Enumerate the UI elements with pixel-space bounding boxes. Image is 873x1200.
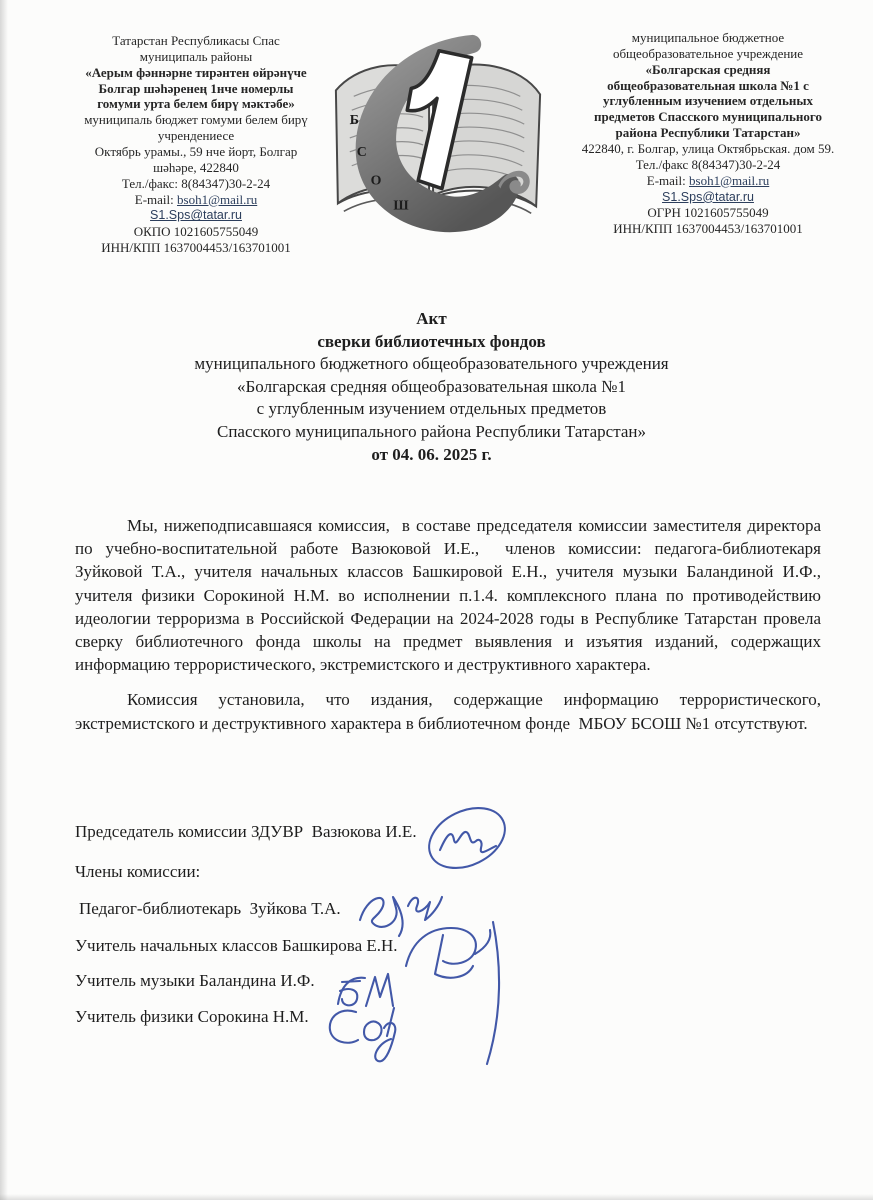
body-paragraph: Мы, нижеподписавшаяся комиссия, в состав… bbox=[75, 514, 821, 676]
email-line: S1.Sps@tatar.ru bbox=[52, 207, 340, 223]
letterhead-line: муниципальное бюджетное bbox=[552, 30, 864, 46]
logo-letter-o: О bbox=[371, 174, 382, 189]
letterhead-line: района Республики Татарстан» bbox=[552, 125, 864, 141]
letterhead-line: общеобразовательное учреждение bbox=[552, 46, 864, 62]
document-title: Акт сверки библиотечных фондов муниципал… bbox=[0, 308, 863, 466]
title-line: Спасского муниципального района Республи… bbox=[0, 421, 863, 444]
title-line: «Болгарская средняя общеобразовательная … bbox=[0, 376, 863, 399]
logo-letter-b: Б bbox=[350, 113, 359, 128]
letterhead-line: общеобразовательная школа №1 с bbox=[552, 78, 864, 94]
document-body: Мы, нижеподписавшаяся комиссия, в состав… bbox=[75, 514, 821, 735]
email-line: E-mail: bsoh1@mail.ru bbox=[552, 173, 864, 189]
email-address: bsoh1@mail.ru bbox=[689, 173, 769, 188]
title-line: Акт bbox=[0, 308, 863, 331]
letterhead-line: «Болгарская средняя bbox=[552, 62, 864, 78]
letterhead-line: ИНН/КПП 1637004453/163701001 bbox=[552, 221, 864, 237]
letterhead-line: гомуми урта белем бирү мәктәбе» bbox=[52, 96, 340, 112]
title-line: с углубленным изучением отдельных предме… bbox=[0, 398, 863, 421]
letterhead-line: Тел./факс 8(84347)30-2-24 bbox=[552, 157, 864, 173]
members-label: Члены комиссии: bbox=[75, 862, 200, 882]
email-line: S1.Sps@tatar.ru bbox=[552, 189, 864, 205]
member-signature-line: Педагог-библиотекарь Зуйкова Т.А. bbox=[79, 899, 341, 919]
letterhead-line: 422840, г. Болгар, улица Октябрьская. до… bbox=[552, 141, 864, 157]
letterhead-left: Татарстан Республикасы Спас муниципаль р… bbox=[52, 33, 340, 255]
logo-letter-sh: Ш bbox=[393, 198, 408, 213]
email-label: E-mail: bbox=[135, 192, 174, 207]
letterhead-line: муниципаль бюджет гомуми белем бирү bbox=[52, 112, 340, 128]
letterhead-line: ОГРН 1021605755049 bbox=[552, 205, 864, 221]
letterhead-line: Татарстан Республикасы Спас bbox=[52, 33, 340, 49]
letterhead-line: ИНН/КПП 1637004453/163701001 bbox=[52, 240, 340, 256]
signature-sorokina bbox=[320, 998, 408, 1068]
signature-bashkirova bbox=[398, 914, 518, 1066]
logo-book-and-numeral-graphic: Б С О Ш bbox=[324, 26, 552, 246]
title-date-line: от 04. 06. 2025 г. bbox=[0, 444, 863, 467]
letterhead-line: учрендениесе bbox=[52, 128, 340, 144]
letterhead-right: муниципальное бюджетное общеобразователь… bbox=[552, 30, 864, 237]
letterhead-line: ОКПО 1021605755049 bbox=[52, 224, 340, 240]
email-address: bsoh1@mail.ru bbox=[177, 192, 257, 207]
chair-signature-line: Председатель комиссии ЗДУВР Вазюкова И.Е… bbox=[75, 822, 417, 842]
body-paragraph: Комиссия установила, что издания, содерж… bbox=[75, 688, 821, 734]
letterhead-line: шәһәре, 422840 bbox=[52, 160, 340, 176]
letterhead-line: «Аерым фәннәрне тирәнтен өйрәнүче bbox=[52, 65, 340, 81]
letterhead-line: Болгар шәһәренең 1нче номерлы bbox=[52, 81, 340, 97]
letterhead-line: Тел./факс: 8(84347)30-2-24 bbox=[52, 176, 340, 192]
logo-letter-s: С bbox=[357, 145, 367, 160]
scanned-document-page: Татарстан Республикасы Спас муниципаль р… bbox=[0, 0, 873, 1200]
title-line: муниципального бюджетного общеобразовате… bbox=[0, 353, 863, 376]
title-line: сверки библиотечных фондов bbox=[0, 331, 863, 354]
letterhead-line: предметов Спасского муниципального bbox=[552, 109, 864, 125]
email-label: E-mail: bbox=[647, 173, 686, 188]
letterhead-line: углубленным изучением отдельных bbox=[552, 93, 864, 109]
letterhead-line: Октябрь урамы., 59 нче йорт, Болгар bbox=[52, 144, 340, 160]
letterhead-line: муниципаль районы bbox=[52, 49, 340, 65]
school-logo: Б С О Ш bbox=[324, 26, 552, 246]
email-address: S1.Sps@tatar.ru bbox=[150, 208, 242, 222]
email-address: S1.Sps@tatar.ru bbox=[662, 190, 754, 204]
member-signature-line: Учитель физики Сорокина Н.М. bbox=[75, 1007, 309, 1027]
member-signature-line: Учитель музыки Баландина И.Ф. bbox=[75, 971, 315, 991]
email-line: E-mail: bsoh1@mail.ru bbox=[52, 192, 340, 208]
signature-vazyukova bbox=[418, 796, 514, 882]
